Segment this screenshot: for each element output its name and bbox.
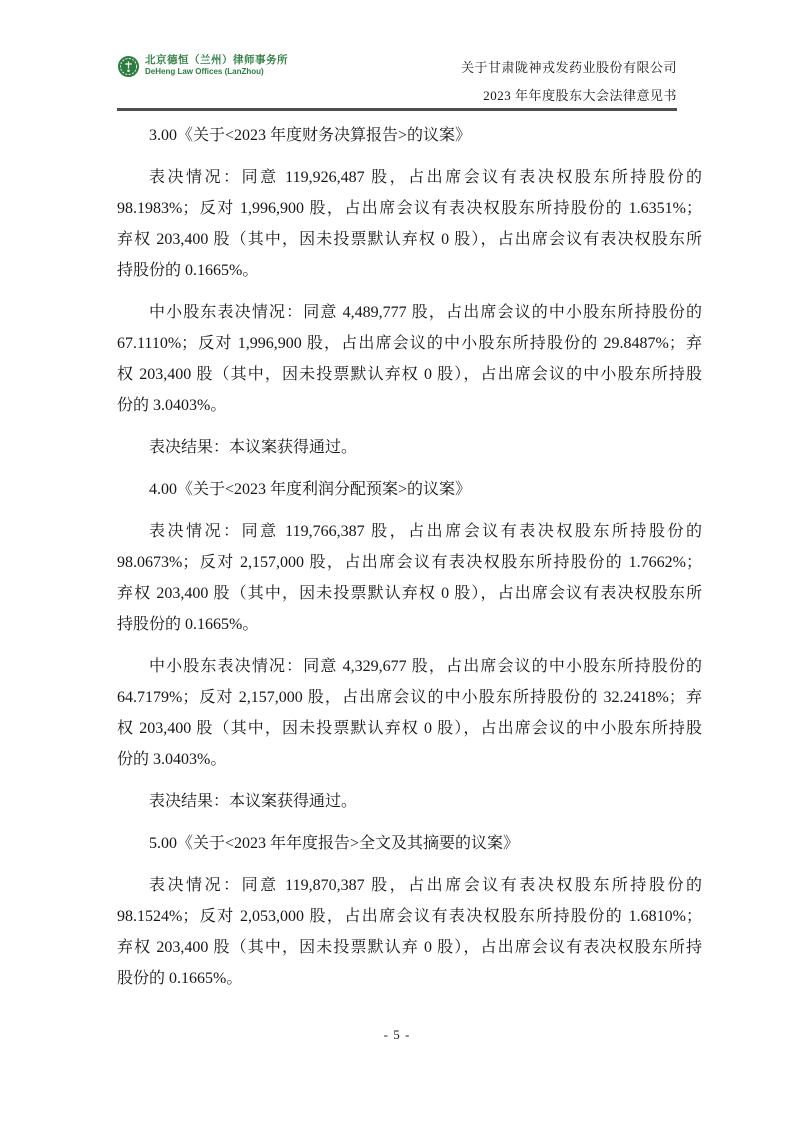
text-line: 3.00《关于<2023 年度财务决算报告>的议案》 [117, 120, 702, 151]
firm-name-en: DeHeng Law Offices (LanZhou) [145, 67, 288, 77]
text-line: 弃权 203,400 股（其中，因未投票默认弃 0 股），占出席会议有表决权股东… [117, 932, 702, 963]
firm-name-block: 北京德恒（兰州）律师事务所 DeHeng Law Offices (LanZho… [145, 54, 288, 77]
text-line: 权 203,400 股（其中，因未投票默认弃权 0 股），占出席会议的中小股东所… [117, 713, 702, 744]
proposal-4-outcome: 表决结果：本议案获得通过。 [117, 786, 702, 817]
text-line: 表决结果：本议案获得通过。 [117, 786, 702, 817]
proposal-4-vote-result: 表决情况：同意 119,766,387 股，占出席会议有表决权股东所持股份的98… [117, 516, 702, 640]
text-line: 份的 3.0403%。 [117, 390, 702, 421]
text-line: 弃权 203,400 股（其中，因未投票默认弃权 0 股），占出席会议有表决权股… [117, 578, 702, 609]
firm-name-cn: 北京德恒（兰州）律师事务所 [145, 54, 288, 67]
proposal-4-heading: 4.00《关于<2023 年度利润分配预案>的议案》 [117, 474, 702, 505]
law-firm-block: 北京德恒（兰州）律师事务所 DeHeng Law Offices (LanZho… [117, 54, 288, 78]
text-line: 98.1524%；反对 2,053,000 股，占出席会议有表决权股东所持股份的… [117, 901, 702, 932]
text-line: 4.00《关于<2023 年度利润分配预案>的议案》 [117, 474, 702, 505]
text-line: 份的 3.0403%。 [117, 744, 702, 775]
text-line: 弃权 203,400 股（其中，因未投票默认弃权 0 股），占出席会议有表决权股… [117, 224, 702, 255]
proposal-3-outcome: 表决结果：本议案获得通过。 [117, 432, 702, 463]
text-line: 持股份的 0.1665%。 [117, 255, 702, 286]
text-line: 表决情况：同意 119,766,387 股，占出席会议有表决权股东所持股份的 [117, 516, 702, 547]
proposal-4-minority-vote-result: 中小股东表决情况：同意 4,329,677 股，占出席会议的中小股东所持股份的6… [117, 651, 702, 775]
text-line: 持股份的 0.1665%。 [117, 609, 702, 640]
document-page: 北京德恒（兰州）律师事务所 DeHeng Law Offices (LanZho… [0, 0, 794, 1122]
text-line: 98.0673%；反对 2,157,000 股，占出席会议有表决权股东所持股份的… [117, 547, 702, 578]
text-line: 表决结果：本议案获得通过。 [117, 432, 702, 463]
proposal-3-heading: 3.00《关于<2023 年度财务决算报告>的议案》 [117, 120, 702, 151]
document-body: 3.00《关于<2023 年度财务决算报告>的议案》表决情况：同意 119,92… [117, 120, 702, 994]
text-line: 98.1983%；反对 1,996,900 股，占出席会议有表决权股东所持股份的… [117, 193, 702, 224]
page-footer: - 5 - [0, 1027, 794, 1043]
text-line: 股份的 0.1665%。 [117, 963, 702, 994]
text-line: 中小股东表决情况：同意 4,329,677 股，占出席会议的中小股东所持股份的 [117, 651, 702, 682]
text-line: 5.00《关于<2023 年年度报告>全文及其摘要的议案》 [117, 828, 702, 859]
proposal-3-vote-result: 表决情况：同意 119,926,487 股，占出席会议有表决权股东所持股份的98… [117, 162, 702, 286]
proposal-5-vote-result: 表决情况：同意 119,870,387 股，占出席会议有表决权股东所持股份的98… [117, 870, 702, 994]
doc-title-line1: 关于甘肃陇神戎发药业股份有限公司 [461, 54, 677, 82]
header-rule [117, 108, 677, 111]
deheng-logo-icon [117, 55, 140, 78]
text-line: 权 203,400 股（其中，因未投票默认弃权 0 股），占出席会议的中小股东所… [117, 359, 702, 390]
text-line: 中小股东表决情况：同意 4,489,777 股，占出席会议的中小股东所持股份的 [117, 297, 702, 328]
text-line: 表决情况：同意 119,870,387 股，占出席会议有表决权股东所持股份的 [117, 870, 702, 901]
text-line: 64.7179%；反对 2,157,000 股，占出席会议的中小股东所持股份的 … [117, 682, 702, 713]
text-line: 67.1110%；反对 1,996,900 股，占出席会议的中小股东所持股份的 … [117, 328, 702, 359]
page-number: - 5 - [384, 1027, 411, 1042]
doc-title-block: 关于甘肃陇神戎发药业股份有限公司 2023 年年度股东大会法律意见书 [461, 54, 677, 110]
proposal-5-heading: 5.00《关于<2023 年年度报告>全文及其摘要的议案》 [117, 828, 702, 859]
doc-title-line2: 2023 年年度股东大会法律意见书 [461, 82, 677, 110]
text-line: 表决情况：同意 119,926,487 股，占出席会议有表决权股东所持股份的 [117, 162, 702, 193]
proposal-3-minority-vote-result: 中小股东表决情况：同意 4,489,777 股，占出席会议的中小股东所持股份的6… [117, 297, 702, 421]
